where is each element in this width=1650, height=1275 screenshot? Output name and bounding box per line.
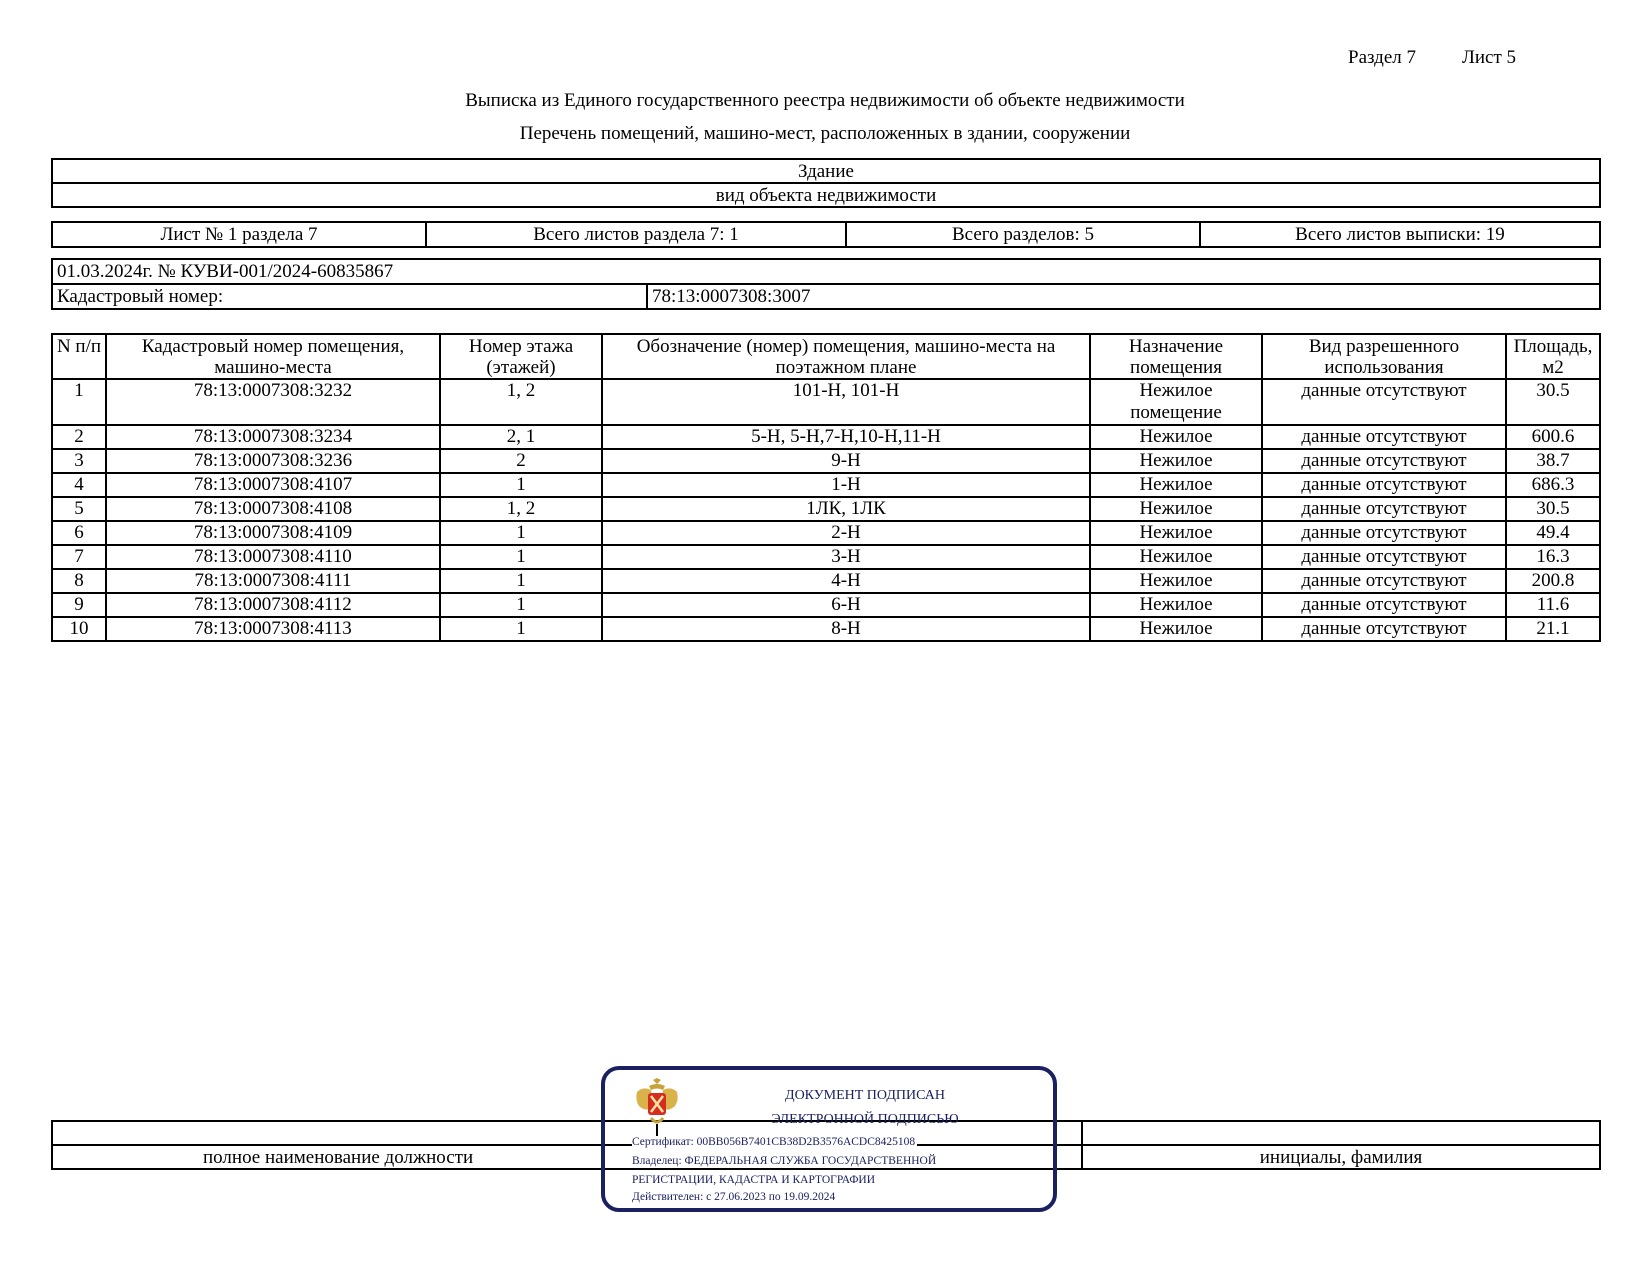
cadastral-number: 78:13:0007308:3234 — [106, 425, 440, 449]
col-purpose: Назначение помещения — [1090, 334, 1262, 379]
permitted-use: данные отсутствуют — [1262, 593, 1506, 617]
purpose: Нежилое — [1090, 449, 1262, 473]
row-number: 3 — [52, 449, 106, 473]
area: 686.3 — [1506, 473, 1600, 497]
designation: 2-Н — [602, 521, 1090, 545]
area: 600.6 — [1506, 425, 1600, 449]
total-sections: Всего разделов: 5 — [846, 222, 1200, 247]
total-sheets-extract: Всего листов выписки: 19 — [1200, 222, 1600, 247]
purpose: Нежилое — [1090, 497, 1262, 521]
cadastral-number: 78:13:0007308:3232 — [106, 379, 440, 425]
object-type: Здание — [52, 159, 1600, 183]
table-row: 278:13:0007308:32342, 15-Н, 5-Н,7-Н,10-Н… — [52, 425, 1600, 449]
stamp-owner-line1: Владелец: ФЕДЕРАЛЬНАЯ СЛУЖБА ГОСУДАРСТВЕ… — [632, 1155, 938, 1167]
floor: 2, 1 — [440, 425, 602, 449]
row-number: 8 — [52, 569, 106, 593]
designation: 3-Н — [602, 545, 1090, 569]
floor: 1 — [440, 521, 602, 545]
permitted-use: данные отсутствуют — [1262, 379, 1506, 425]
floor: 1 — [440, 617, 602, 641]
designation: 101-Н, 101-Н — [602, 379, 1090, 425]
purpose: Нежилое — [1090, 545, 1262, 569]
object-type-label: вид объекта недвижимости — [52, 183, 1600, 207]
row-number: 6 — [52, 521, 106, 545]
permitted-use: данные отсутствуют — [1262, 449, 1506, 473]
purpose: Нежилое — [1090, 425, 1262, 449]
area: 38.7 — [1506, 449, 1600, 473]
area: 30.5 — [1506, 497, 1600, 521]
object-type-table: Здание вид объекта недвижимости — [51, 158, 1601, 208]
extract-id: 01.03.2024г. № КУВИ-001/2024-60835867 — [52, 259, 1600, 284]
floor: 1 — [440, 473, 602, 497]
col-floor: Номер этажа (этажей) — [440, 334, 602, 379]
designation: 5-Н, 5-Н,7-Н,10-Н,11-Н — [602, 425, 1090, 449]
permitted-use: данные отсутствуют — [1262, 569, 1506, 593]
cadastral-number: 78:13:0007308:4107 — [106, 473, 440, 497]
stamp-line2: ЭЛЕКТРОННОЙ ПОДПИСЬЮ — [715, 1112, 1015, 1128]
purpose: Нежилое помещение — [1090, 379, 1262, 425]
designation: 6-Н — [602, 593, 1090, 617]
purpose: Нежилое — [1090, 473, 1262, 497]
cadastral-number: 78:13:0007308:4109 — [106, 521, 440, 545]
cadastral-number: 78:13:0007308:4112 — [106, 593, 440, 617]
document-title: Выписка из Единого государственного реес… — [0, 90, 1650, 112]
designation: 4-Н — [602, 569, 1090, 593]
area: 200.8 — [1506, 569, 1600, 593]
total-sheets-section: Всего листов раздела 7: 1 — [426, 222, 846, 247]
cadastral-number: 78:13:0007308:4110 — [106, 545, 440, 569]
floor: 1, 2 — [440, 379, 602, 425]
stamp-line1: ДОКУМЕНТ ПОДПИСАН — [715, 1088, 1015, 1104]
designation: 1-Н — [602, 473, 1090, 497]
designation: 9-Н — [602, 449, 1090, 473]
stamp-validity: Действителен: с 27.06.2023 по 19.09.2024 — [632, 1191, 837, 1203]
cadastral-number: 78:13:0007308:4108 — [106, 497, 440, 521]
table-row: 978:13:0007308:411216-ННежилоеданные отс… — [52, 593, 1600, 617]
permitted-use: данные отсутствуют — [1262, 545, 1506, 569]
extract-meta-table: 01.03.2024г. № КУВИ-001/2024-60835867 Ка… — [51, 258, 1601, 310]
col-number: N п/п — [52, 334, 106, 379]
area: 11.6 — [1506, 593, 1600, 617]
table-row: 178:13:0007308:32321, 2101-Н, 101-ННежил… — [52, 379, 1600, 425]
col-area: Площадь, м2 — [1506, 334, 1600, 379]
permitted-use: данные отсутствуют — [1262, 473, 1506, 497]
col-use: Вид разрешенного использования — [1262, 334, 1506, 379]
col-designation: Обозначение (номер) помещения, машино-ме… — [602, 334, 1090, 379]
table-row: 1078:13:0007308:411318-ННежилоеданные от… — [52, 617, 1600, 641]
table-row: 478:13:0007308:410711-ННежилоеданные отс… — [52, 473, 1600, 497]
floor: 1 — [440, 545, 602, 569]
rooms-table-header: N п/п Кадастровый номер помещения, машин… — [52, 334, 1600, 379]
table-row: 578:13:0007308:41081, 21ЛК, 1ЛКНежилоеда… — [52, 497, 1600, 521]
purpose: Нежилое — [1090, 521, 1262, 545]
purpose: Нежилое — [1090, 617, 1262, 641]
purpose: Нежилое — [1090, 569, 1262, 593]
row-number: 4 — [52, 473, 106, 497]
area: 49.4 — [1506, 521, 1600, 545]
document-subtitle: Перечень помещений, машино-мест, располо… — [0, 123, 1650, 145]
area: 30.5 — [1506, 379, 1600, 425]
coat-of-arms-icon — [633, 1078, 681, 1130]
permitted-use: данные отсутствуют — [1262, 425, 1506, 449]
rooms-table: N п/п Кадастровый номер помещения, машин… — [51, 333, 1601, 642]
electronic-signature-stamp: ДОКУМЕНТ ПОДПИСАН ЭЛЕКТРОННОЙ ПОДПИСЬЮ С… — [601, 1066, 1057, 1212]
cadastral-number: 78:13:0007308:4113 — [106, 617, 440, 641]
sheet-of-section: Лист № 1 раздела 7 — [52, 222, 426, 247]
row-number: 10 — [52, 617, 106, 641]
floor: 1, 2 — [440, 497, 602, 521]
stamp-certificate: Сертификат: 00BB056B7401CB38D2B3576ACDC8… — [632, 1136, 917, 1148]
section-number: Раздел 7 — [1348, 47, 1416, 69]
stamp-owner-line2: РЕГИСТРАЦИИ, КАДАСТРА И КАРТОГРАФИИ — [632, 1174, 877, 1186]
sheet-number: Лист 5 — [1462, 47, 1516, 69]
row-number: 5 — [52, 497, 106, 521]
col-cadastral: Кадастровый номер помещения, машино-мест… — [106, 334, 440, 379]
area: 16.3 — [1506, 545, 1600, 569]
floor: 1 — [440, 569, 602, 593]
cadastral-number-label: Кадастровый номер: — [52, 284, 647, 309]
area: 21.1 — [1506, 617, 1600, 641]
permitted-use: данные отсутствуют — [1262, 497, 1506, 521]
row-number: 7 — [52, 545, 106, 569]
permitted-use: данные отсутствуют — [1262, 617, 1506, 641]
designation: 8-Н — [602, 617, 1090, 641]
cadastral-number: 78:13:0007308:3236 — [106, 449, 440, 473]
name-field — [1082, 1121, 1600, 1145]
floor: 2 — [440, 449, 602, 473]
row-number: 9 — [52, 593, 106, 617]
table-row: 878:13:0007308:411114-ННежилоеданные отс… — [52, 569, 1600, 593]
table-row: 378:13:0007308:323629-ННежилоеданные отс… — [52, 449, 1600, 473]
floor: 1 — [440, 593, 602, 617]
cadastral-number: 78:13:0007308:4111 — [106, 569, 440, 593]
name-label: инициалы, фамилия — [1082, 1145, 1600, 1169]
cadastral-number-value: 78:13:0007308:3007 — [647, 284, 1600, 309]
table-row: 678:13:0007308:410912-ННежилоеданные отс… — [52, 521, 1600, 545]
purpose: Нежилое — [1090, 593, 1262, 617]
sheets-info-table: Лист № 1 раздела 7 Всего листов раздела … — [51, 221, 1601, 248]
designation: 1ЛК, 1ЛК — [602, 497, 1090, 521]
table-row: 778:13:0007308:411013-ННежилоеданные отс… — [52, 545, 1600, 569]
row-number: 1 — [52, 379, 106, 425]
row-number: 2 — [52, 425, 106, 449]
permitted-use: данные отсутствуют — [1262, 521, 1506, 545]
